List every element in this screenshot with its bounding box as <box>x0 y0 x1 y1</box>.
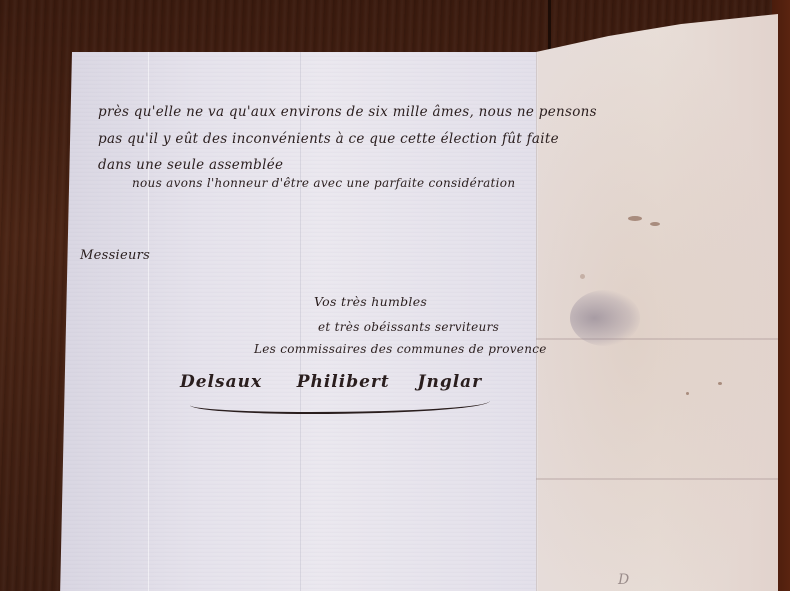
letter-body-line: dans une seule assemblée <box>98 157 283 173</box>
signatures: Delsaux Philibert Jnglar <box>180 372 482 392</box>
letter-body-line: nous avons l'honneur d'être avec une par… <box>132 176 515 190</box>
ink-speck <box>718 382 722 385</box>
letter-right-leaf <box>536 14 778 591</box>
closing-line: Vos très humbles <box>314 294 427 309</box>
signature-2: Philibert <box>297 372 390 392</box>
horizontal-fold-lower <box>536 478 778 480</box>
letter-body-line: près qu'elle ne va qu'aux environs de si… <box>98 104 597 120</box>
back-leaf-mark: D <box>618 572 630 588</box>
closing-line: et très obéissants serviteurs <box>318 320 499 334</box>
salutation: Messieurs <box>80 248 150 263</box>
commissioners-line: Les commissaires des communes de provenc… <box>254 342 547 356</box>
signature-3: Jnglar <box>417 372 482 392</box>
wax-seal-residue <box>570 290 640 346</box>
ink-speck <box>686 392 689 395</box>
letter-body-line: pas qu'il y eût des inconvénients à ce q… <box>98 131 559 147</box>
signature-1: Delsaux <box>180 372 262 392</box>
ink-stain <box>650 222 660 226</box>
horizontal-fold <box>536 338 778 340</box>
ink-stain <box>628 216 642 221</box>
foxing-spot <box>580 274 585 279</box>
